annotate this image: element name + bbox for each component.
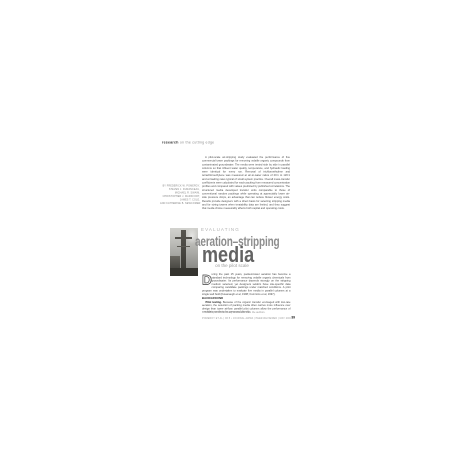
photo-crossarm xyxy=(177,246,190,247)
footnote: A full report of this study is available… xyxy=(205,311,265,314)
page-number: 99 xyxy=(292,316,296,320)
byline-line: AND KATHERINE B. NEWCOMER xyxy=(160,202,200,205)
lead-paragraph: During the past 15 years, packed-tower a… xyxy=(202,273,291,296)
journal-footer: POMEROY ET AL | 96:5 • JOURNAL AWWA | PE… xyxy=(202,316,290,320)
drop-cap: D xyxy=(202,274,210,287)
kicker-bold-word: research xyxy=(162,141,179,145)
title-subtitle: on the pilot scale xyxy=(203,263,261,268)
lead-text: uring the past 15 years, packed-tower ae… xyxy=(202,273,291,296)
title-eyebrow: EVALUATING xyxy=(201,227,240,232)
author-byline: BY FREDERICK W. POMEROY, STEVEN J. DURAN… xyxy=(160,185,200,206)
photo-crossarm xyxy=(175,237,192,239)
department-kicker: research on the cutting edge xyxy=(162,141,214,145)
photo-ground xyxy=(170,268,198,276)
section-heading: BACKGROUND xyxy=(202,297,223,300)
stripping-tower-photo xyxy=(170,228,198,276)
kicker-rest: on the cutting edge xyxy=(179,141,215,145)
footer-citation: POMEROY ET AL | 96:5 • JOURNAL AWWA | PE… xyxy=(202,317,292,320)
journal-page: research on the cutting edge A pilot-sca… xyxy=(0,0,458,458)
photo-tower-column xyxy=(181,230,186,268)
abstract-paragraph: A pilot-scale air-stripping study evalua… xyxy=(202,156,290,211)
section-lead-in: Pilot testing. xyxy=(206,301,222,304)
